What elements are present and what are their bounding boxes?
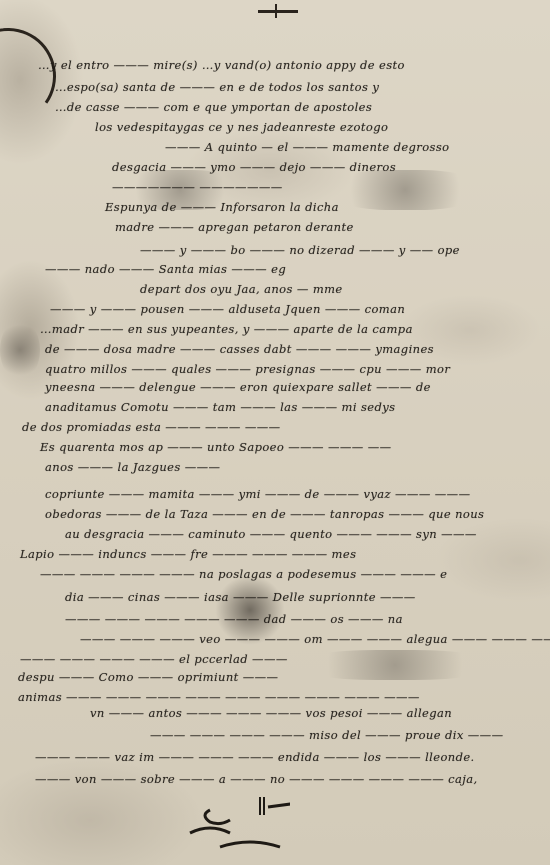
manuscript-line: ——— A quinto — el ——— mamente degrosso xyxy=(165,140,449,154)
manuscript-line: ——————— ——————— xyxy=(112,180,283,194)
manuscript-line: ——— ——— ——— ——— miso del ——— proue dix —… xyxy=(150,728,503,742)
manuscript-line: anaditamus Comotu ——— tam ——— las ——— mi… xyxy=(45,400,395,414)
ink-blot xyxy=(330,170,480,210)
manuscript-line: despu ——— Como ——— oprimiunt ——— xyxy=(18,670,278,684)
manuscript-line: Espunya de ——— Inforsaron la dicha xyxy=(105,200,339,214)
manuscript-line: Es quarenta mos ap ——— unto Sapoeo ——— —… xyxy=(40,440,392,454)
manuscript-line: animas ——— ——— ——— ——— ——— ——— ——— ——— —… xyxy=(18,690,420,704)
manuscript-line: quatro millos ——— quales ——— presignas —… xyxy=(45,362,450,376)
manuscript-line: los vedespitaygas ce y nes jadeanreste e… xyxy=(95,120,388,134)
manuscript-line: de dos promiadas esta ——— ——— ——— xyxy=(22,420,281,434)
margin-arc-mark xyxy=(0,20,64,131)
manuscript-line: obedoras ——— de la Taza ——— en de ——— ta… xyxy=(45,507,484,521)
signature-rubric xyxy=(180,795,290,855)
ink-blot xyxy=(300,650,490,680)
header-cross-mark xyxy=(258,10,298,13)
manuscript-line: desgacia ——— ymo ——— dejo ——— dineros xyxy=(112,160,396,174)
manuscript-line: …madr ——— en sus yupeantes, y ——— aparte… xyxy=(40,322,413,336)
manuscript-line: ——— ——— ——— ——— ——— dad ——— os ——— na xyxy=(65,612,403,626)
manuscript-line: ——— ——— vaz im ——— ——— ——— endida ——— lo… xyxy=(35,750,475,764)
manuscript-line: yneesna ——— delengue ——— eron quiexpare … xyxy=(45,380,431,394)
manuscript-line: madre ——— apregan petaron derante xyxy=(115,220,354,234)
manuscript-line: ——— ——— ——— ——— el pccerlad ——— xyxy=(20,652,288,666)
manuscript-page: …y el entro ——— mire(s) …y vand(o) anton… xyxy=(0,0,550,865)
manuscript-line: de ——— dosa madre ——— casses dabt ——— ——… xyxy=(45,342,434,356)
manuscript-line: ——— von ——— sobre ——— a ——— no ——— ——— —… xyxy=(35,772,478,786)
manuscript-line: …y el entro ——— mire(s) …y vand(o) anton… xyxy=(38,58,405,72)
manuscript-line: depart dos oyu Jaa, anos — mme xyxy=(140,282,343,296)
manuscript-line: ——— y ——— pousen ——— alduseta Jquen ——— … xyxy=(50,302,405,316)
manuscript-line: ——— nado ——— Santa mias ——— eg xyxy=(45,262,286,276)
ink-blot xyxy=(0,320,40,380)
manuscript-line: …de casse ——— com e que ymportan de apos… xyxy=(55,100,372,114)
manuscript-line: copriunte ——— mamita ——— ymi ——— de ——— … xyxy=(45,487,470,501)
manuscript-line: dia ——— cinas ——— iasa ——— Delle suprion… xyxy=(65,590,416,604)
manuscript-line: au desgracia ——— caminuto ——— quento ———… xyxy=(65,527,477,541)
manuscript-line: ——— ——— ——— ——— na poslagas a podesemus … xyxy=(40,567,447,581)
manuscript-line: ——— ——— ——— veo ——— ——— om ——— ——— alegu… xyxy=(80,632,550,646)
manuscript-line: anos ——— la Jazgues ——— xyxy=(45,460,220,474)
manuscript-line: Lapio ——— induncs ——— fre ——— ——— ——— me… xyxy=(20,547,356,561)
manuscript-line: ——— y ——— bo ——— no dizerad ——— y —— ope xyxy=(140,243,460,257)
manuscript-line: …espo(sa) santa de ——— en e de todos los… xyxy=(55,80,379,94)
manuscript-line: vn ——— antos ——— ——— ——— vos pesoi ——— a… xyxy=(90,706,452,720)
